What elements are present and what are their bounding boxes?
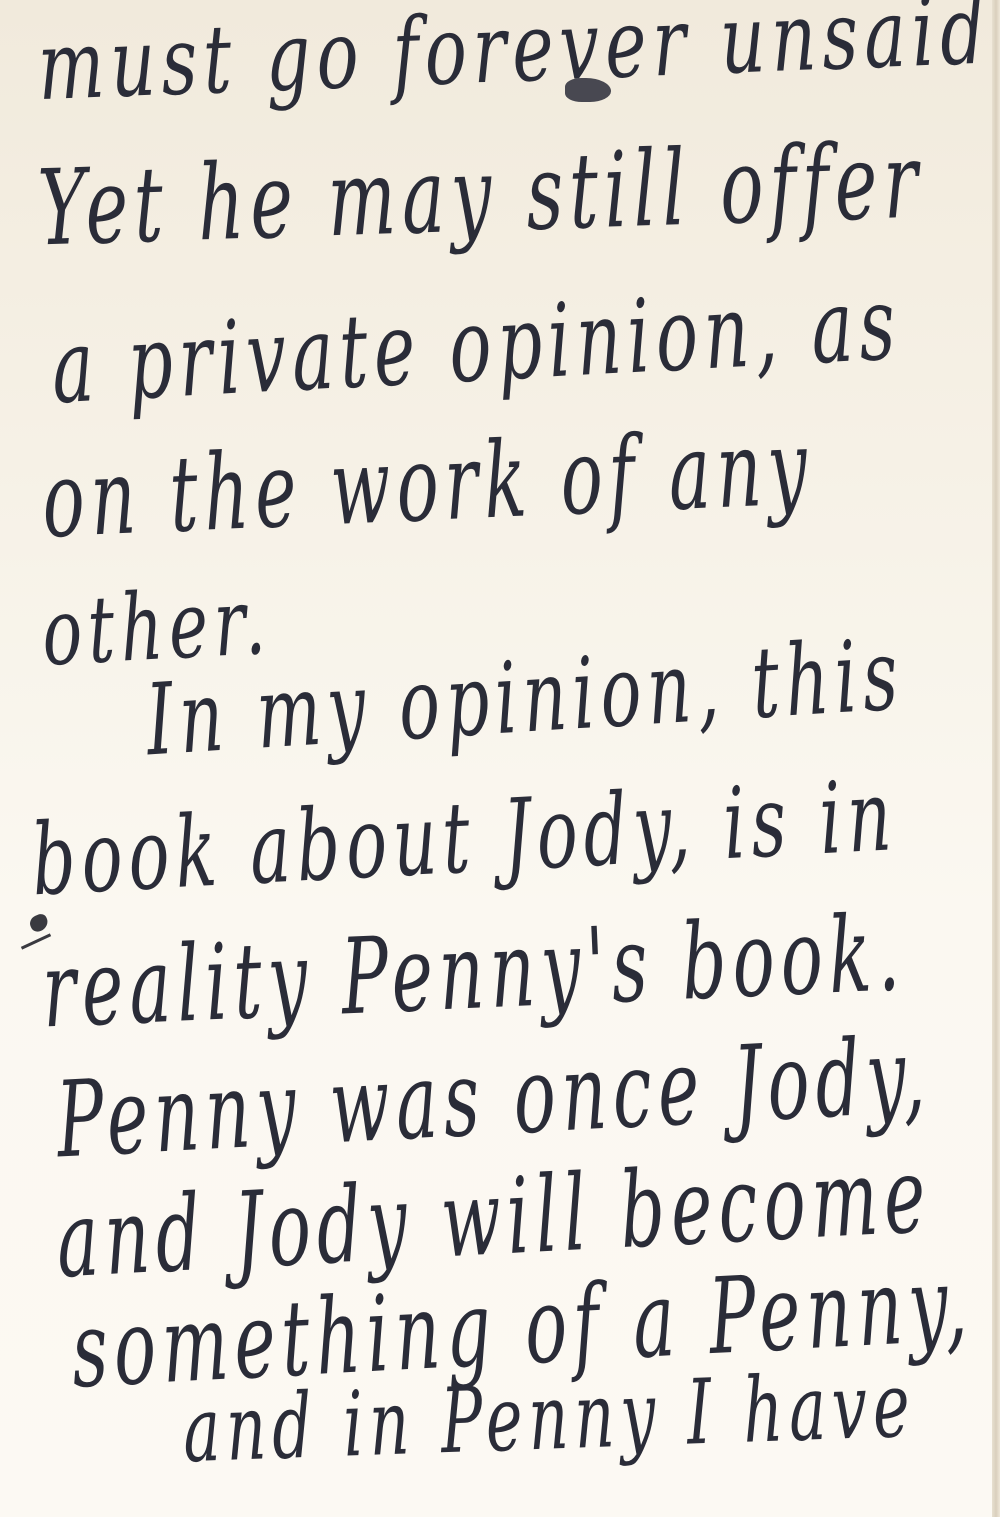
manuscript-page: must go forever unsaid. Yet he may still… <box>0 0 992 1517</box>
handwritten-line: a private opinion, as <box>49 264 904 427</box>
handwritten-line: book about Jody, is in <box>29 759 900 919</box>
ink-correction-mark <box>565 78 611 102</box>
handwritten-line: Yet he may still offer <box>36 119 925 269</box>
handwritten-line: must go forever unsaid. <box>36 0 1000 122</box>
handwritten-line: on the work of any <box>40 405 816 562</box>
deckled-page-edge <box>992 0 1000 1517</box>
